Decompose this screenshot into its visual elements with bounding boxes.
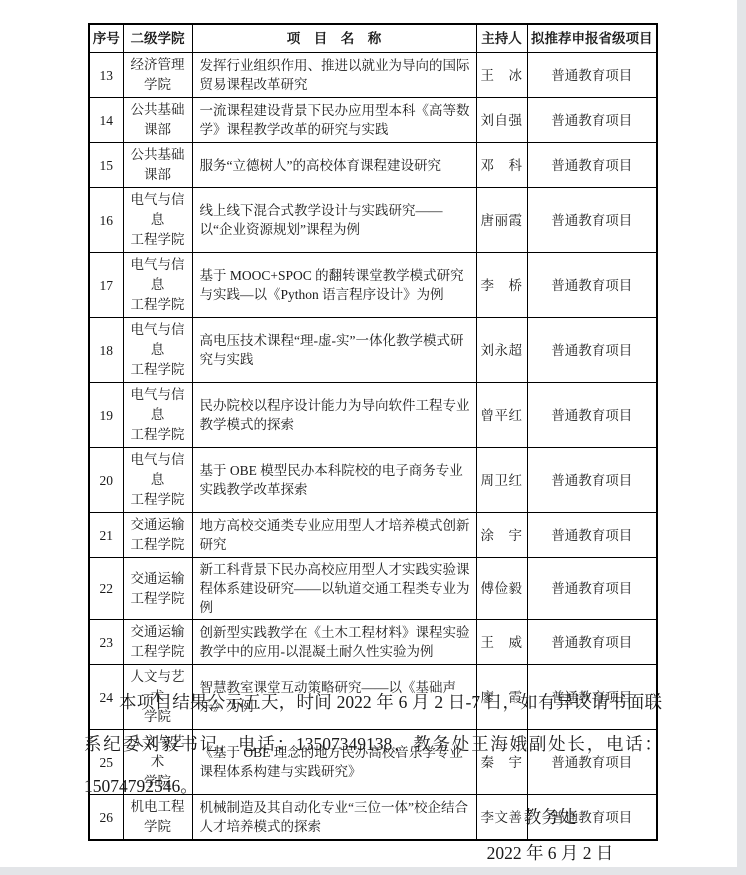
col-header-project: 项 目 名 称 <box>192 24 476 53</box>
page-edge-bottom <box>0 867 746 875</box>
recommend-cell: 普通教育项目 <box>527 448 657 513</box>
host-cell: 周卫红 <box>476 448 527 513</box>
row-number-cell: 21 <box>89 513 123 558</box>
project-name-cell: 服务“立德树人”的高校体育课程建设研究 <box>192 143 476 188</box>
college-cell: 公共基础 课部 <box>123 98 192 143</box>
table-row: 19 电气与信息 工程学院 民办院校以程序设计能力为导向软件工程专业教学模式的探… <box>89 383 657 448</box>
host-cell: 唐丽霞 <box>476 188 527 253</box>
college-cell: 经济管理 学院 <box>123 53 192 98</box>
project-name-cell: 基于 MOOC+SPOC 的翻转课堂教学模式研究与实践—以《Python 语言程… <box>192 253 476 318</box>
table-row: 21 交通运输 工程学院 地方高校交通类专业应用型人才培养模式创新研究 涂 宇 … <box>89 513 657 558</box>
recommend-cell: 普通教育项目 <box>527 513 657 558</box>
college-cell: 电气与信息 工程学院 <box>123 253 192 318</box>
college-cell: 电气与信息 工程学院 <box>123 383 192 448</box>
page-edge-right <box>737 0 746 875</box>
col-header-college: 二级学院 <box>123 24 192 53</box>
host-cell: 傅俭毅 <box>476 558 527 620</box>
recommend-cell: 普通教育项目 <box>527 383 657 448</box>
signature-department: 教务处 <box>400 806 700 828</box>
table-row: 20 电气与信息 工程学院 基于 OBE 模型民办本科院校的电子商务专业实践教学… <box>89 448 657 513</box>
recommend-cell: 普通教育项目 <box>527 53 657 98</box>
signature-block: 教务处 2022 年 6 月 2 日 <box>400 806 700 864</box>
recommend-cell: 普通教育项目 <box>527 143 657 188</box>
project-name-cell: 发挥行业组织作用、推进以就业为导向的国际贸易课程改革研究 <box>192 53 476 98</box>
row-number-cell: 13 <box>89 53 123 98</box>
table-header-row: 序号 二级学院 项 目 名 称 主持人 拟推荐申报省级项目 <box>89 24 657 53</box>
table-row: 13 经济管理 学院 发挥行业组织作用、推进以就业为导向的国际贸易课程改革研究 … <box>89 53 657 98</box>
college-cell: 公共基础 课部 <box>123 143 192 188</box>
college-cell: 交通运输 工程学院 <box>123 558 192 620</box>
college-cell: 交通运输 工程学院 <box>123 513 192 558</box>
project-name-cell: 线上线下混合式教学设计与实践研究——以“企业资源规划”课程为例 <box>192 188 476 253</box>
college-cell: 电气与信息 工程学院 <box>123 188 192 253</box>
project-name-cell: 地方高校交通类专业应用型人才培养模式创新研究 <box>192 513 476 558</box>
recommend-cell: 普通教育项目 <box>527 558 657 620</box>
table-row: 23 交通运输 工程学院 创新型实践教学在《土木工程材料》课程实验教学中的应用-… <box>89 620 657 665</box>
project-name-cell: 高电压技术课程“理-虚-实”一体化教学模式研究与实践 <box>192 318 476 383</box>
table-row: 17 电气与信息 工程学院 基于 MOOC+SPOC 的翻转课堂教学模式研究与实… <box>89 253 657 318</box>
host-cell: 曾平红 <box>476 383 527 448</box>
recommend-cell: 普通教育项目 <box>527 188 657 253</box>
row-number-cell: 15 <box>89 143 123 188</box>
row-number-cell: 19 <box>89 383 123 448</box>
project-name-cell: 创新型实践教学在《土木工程材料》课程实验教学中的应用-以混凝土耐久性实验为例 <box>192 620 476 665</box>
recommend-cell: 普通教育项目 <box>527 318 657 383</box>
row-number-cell: 22 <box>89 558 123 620</box>
col-header-host: 主持人 <box>476 24 527 53</box>
row-number-cell: 23 <box>89 620 123 665</box>
table-row: 18 电气与信息 工程学院 高电压技术课程“理-虚-实”一体化教学模式研究与实践… <box>89 318 657 383</box>
table-row: 15 公共基础 课部 服务“立德树人”的高校体育课程建设研究 邓 科 普通教育项… <box>89 143 657 188</box>
col-header-recommend: 拟推荐申报省级项目 <box>527 24 657 53</box>
row-number-cell: 18 <box>89 318 123 383</box>
row-number-cell: 17 <box>89 253 123 318</box>
recommend-cell: 普通教育项目 <box>527 98 657 143</box>
notice-paragraph: 本项目结果公示五天，时间 2022 年 6 月 2 日-7 日，如有异议请书面联… <box>84 681 662 807</box>
project-name-cell: 基于 OBE 模型民办本科院校的电子商务专业实践教学改革探索 <box>192 448 476 513</box>
host-cell: 涂 宇 <box>476 513 527 558</box>
host-cell: 李 桥 <box>476 253 527 318</box>
row-number-cell: 14 <box>89 98 123 143</box>
host-cell: 王 冰 <box>476 53 527 98</box>
signature-date: 2022 年 6 月 2 日 <box>400 842 700 864</box>
project-name-cell: 民办院校以程序设计能力为导向软件工程专业教学模式的探索 <box>192 383 476 448</box>
table-row: 22 交通运输 工程学院 新工科背景下民办高校应用型人才实践实验课程体系建设研究… <box>89 558 657 620</box>
recommend-cell: 普通教育项目 <box>527 253 657 318</box>
host-cell: 刘自强 <box>476 98 527 143</box>
host-cell: 刘永超 <box>476 318 527 383</box>
table-row: 14 公共基础 课部 一流课程建设背景下民办应用型本科《高等数学》课程教学改革的… <box>89 98 657 143</box>
college-cell: 电气与信息 工程学院 <box>123 318 192 383</box>
col-header-no: 序号 <box>89 24 123 53</box>
table-row: 16 电气与信息 工程学院 线上线下混合式教学设计与实践研究——以“企业资源规划… <box>89 188 657 253</box>
college-cell: 电气与信息 工程学院 <box>123 448 192 513</box>
recommend-cell: 普通教育项目 <box>527 620 657 665</box>
college-cell: 交通运输 工程学院 <box>123 620 192 665</box>
host-cell: 王 威 <box>476 620 527 665</box>
row-number-cell: 16 <box>89 188 123 253</box>
row-number-cell: 20 <box>89 448 123 513</box>
project-name-cell: 一流课程建设背景下民办应用型本科《高等数学》课程教学改革的研究与实践 <box>192 98 476 143</box>
host-cell: 邓 科 <box>476 143 527 188</box>
project-name-cell: 新工科背景下民办高校应用型人才实践实验课程体系建设研究——以轨道交通工程类专业为… <box>192 558 476 620</box>
